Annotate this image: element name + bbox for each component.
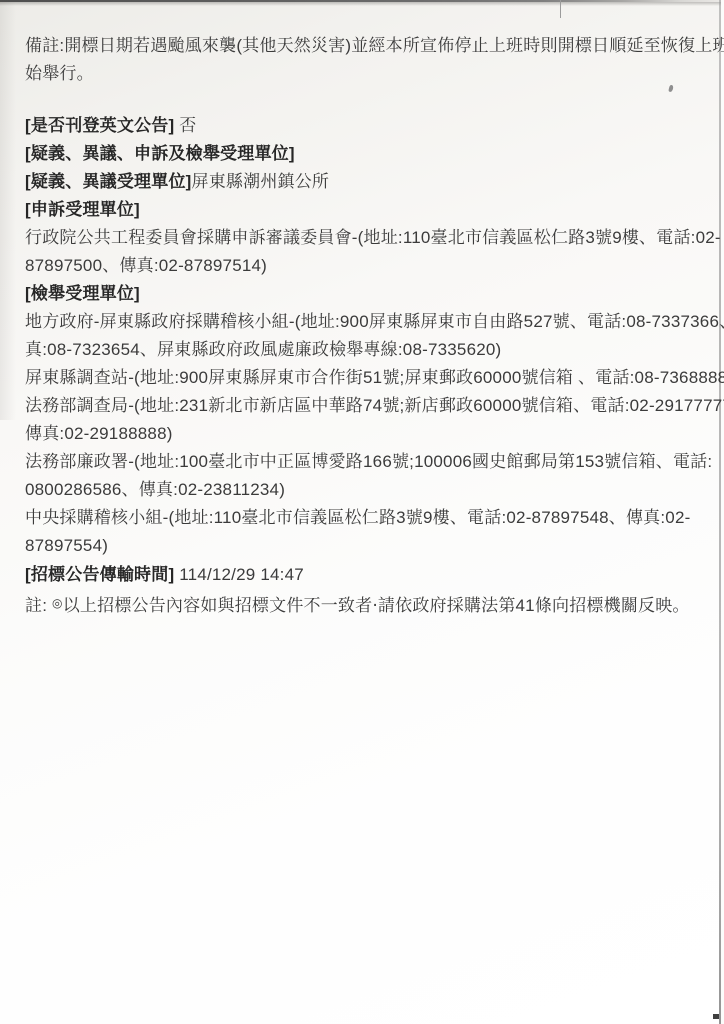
text-run: 否 bbox=[174, 116, 196, 135]
text-run: 備註:開標日期若遇颱風來襲(其他天然災害)並經本所宣佈停止上班時則開標日順延至恢… bbox=[25, 36, 724, 55]
body-text-line: 87897554) bbox=[25, 532, 707, 560]
text-run: 法務部調查局-(地址:231新北市新店區中華路74號;新店郵政60000號信箱、… bbox=[25, 396, 724, 415]
scanned-document-page: { "page": { "kind": "scanned tender anno… bbox=[0, 0, 724, 1024]
field-label: [疑義、異議受理單位] bbox=[25, 172, 192, 191]
body-text-line: 屏東縣調查站-(地址:900屏東縣屏東市合作街51號;屏東郵政60000號信箱 … bbox=[25, 364, 707, 392]
scan-right-edge-line bbox=[719, 0, 721, 1024]
text-run: 行政院公共工程委員會採購申訴審議委員會-(地址:110臺北市信義區松仁路3號9樓… bbox=[25, 228, 721, 247]
field-label: [是否刊登英文公告] bbox=[25, 116, 174, 135]
text-run: 中央採購稽核小組-(地址:110臺北市信義區松仁路3號9樓、電話:02-8789… bbox=[25, 508, 690, 527]
field-label: [檢舉受理單位] bbox=[25, 284, 140, 303]
body-text-line: 87897500、傳真:02-87897514) bbox=[25, 252, 707, 280]
text-run: 地方政府-屏東縣政府採購稽核小組-(地址:900屏東縣屏東市自由路527號、電話… bbox=[25, 312, 724, 331]
bullseye-symbol: ◎ bbox=[52, 596, 63, 610]
body-paragraph: [是否刊登英文公告] 否[疑義、異議、申訴及檢舉受理單位][疑義、異議受理單位]… bbox=[25, 112, 707, 617]
text-run: 屏東縣潮州鎮公所 bbox=[192, 172, 330, 191]
body-text-line: 傳真:02-29188888) bbox=[25, 420, 707, 448]
text-run: 傳真:02-29188888) bbox=[25, 424, 173, 443]
text-run: 始舉行。 bbox=[25, 64, 94, 83]
body-text-line: 真:08-7323654、屏東縣政府政風處廉政檢舉專線:08-7335620) bbox=[25, 336, 707, 364]
field-label: [招標公告傳輸時間] bbox=[25, 565, 174, 584]
note-text-line: 始舉行。 bbox=[25, 60, 707, 88]
body-text-line: 法務部調查局-(地址:231新北市新店區中華路74號;新店郵政60000號信箱、… bbox=[25, 392, 707, 420]
scan-corner-speck bbox=[713, 1014, 719, 1019]
note-text-line: 備註:開標日期若遇颱風來襲(其他天然災害)並經本所宣佈停止上班時則開標日順延至恢… bbox=[25, 32, 707, 60]
body-text-line: 地方政府-屏東縣政府採購稽核小組-(地址:900屏東縣屏東市自由路527號、電話… bbox=[25, 308, 707, 336]
note-paragraph: 備註:開標日期若遇颱風來襲(其他天然災害)並經本所宣佈停止上班時則開標日順延至恢… bbox=[25, 32, 707, 89]
body-text-line: [申訴受理單位] bbox=[25, 196, 707, 224]
scan-corner-line-artifact bbox=[560, 0, 561, 18]
body-text-line: [是否刊登英文公告] 否 bbox=[25, 112, 707, 140]
text-run: 註: bbox=[25, 596, 52, 615]
body-text-line: 中央採購稽核小組-(地址:110臺北市信義區松仁路3號9樓、電話:02-8789… bbox=[25, 504, 707, 532]
text-run: 87897500、傳真:02-87897514) bbox=[25, 256, 267, 275]
body-text-line: 0800286586、傳真:02-23811234) bbox=[25, 476, 707, 504]
field-label: [疑義、異議、申訴及檢舉受理單位] bbox=[25, 144, 295, 163]
text-run: 87897554) bbox=[25, 536, 108, 555]
document-content: 備註:開標日期若遇颱風來襲(其他天然災害)並經本所宣佈停止上班時則開標日順延至恢… bbox=[25, 32, 707, 617]
text-run: 114/12/29 14:47 bbox=[174, 565, 304, 584]
body-text-line: [疑義、異議、申訴及檢舉受理單位] bbox=[25, 140, 707, 168]
scan-left-edge-shade bbox=[0, 0, 16, 420]
field-label: [申訴受理單位] bbox=[25, 200, 140, 219]
text-run: 以上招標公告內容如與招標文件不一致者‧請依政府採購法第41條向招標機關反映。 bbox=[63, 596, 690, 615]
text-run: 法務部廉政署-(地址:100臺北市中正區博愛路166號;100006國史館郵局第… bbox=[25, 452, 712, 471]
body-text-line: 行政院公共工程委員會採購申訴審議委員會-(地址:110臺北市信義區松仁路3號9樓… bbox=[25, 224, 707, 252]
body-text-line: 註: ◎以上招標公告內容如與招標文件不一致者‧請依政府採購法第41條向招標機關反… bbox=[25, 589, 707, 617]
body-text-line: 法務部廉政署-(地址:100臺北市中正區博愛路166號;100006國史館郵局第… bbox=[25, 448, 707, 476]
body-text-line: [檢舉受理單位] bbox=[25, 280, 707, 308]
text-run: 0800286586、傳真:02-23811234) bbox=[25, 480, 285, 499]
body-text-line: [疑義、異議受理單位]屏東縣潮州鎮公所 bbox=[25, 168, 707, 196]
text-run: 屏東縣調查站-(地址:900屏東縣屏東市合作街51號;屏東郵政60000號信箱 … bbox=[25, 368, 724, 387]
scan-top-edge-soft-shadow bbox=[0, 2, 724, 6]
body-text-line: [招標公告傳輸時間] 114/12/29 14:47 bbox=[25, 561, 707, 589]
text-run: 真:08-7323654、屏東縣政府政風處廉政檢舉專線:08-7335620) bbox=[25, 340, 501, 359]
